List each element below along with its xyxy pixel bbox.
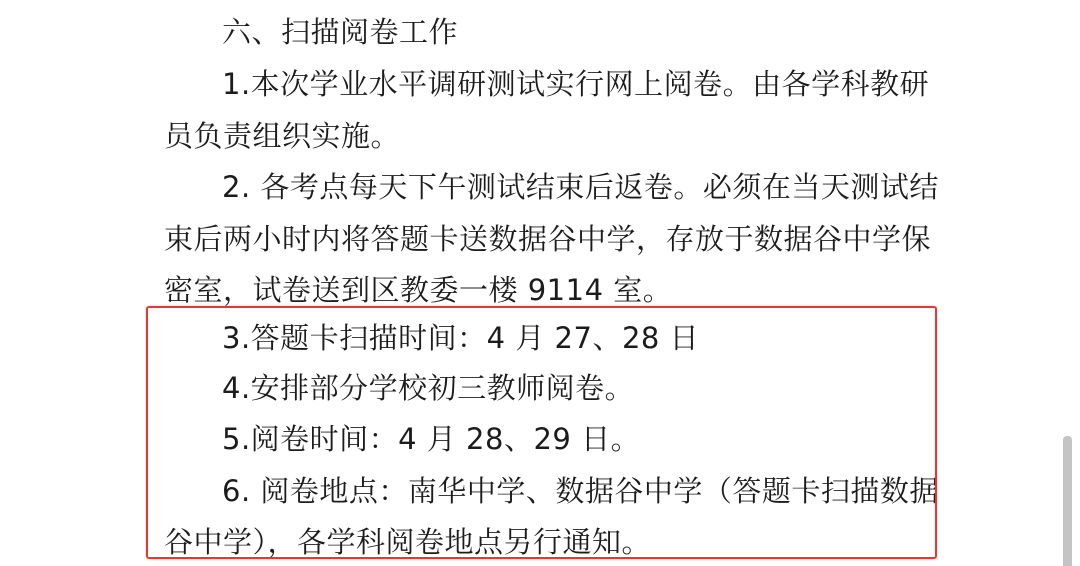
paragraph-1-line-1: 1.本次学业水平调研测试实行网上阅卷。由各学科教研 (222, 64, 929, 104)
vertical-scrollbar-thumb[interactable] (1063, 436, 1072, 566)
red-highlight-box (146, 306, 937, 559)
section-heading: 六、扫描阅卷工作 (222, 12, 458, 52)
paragraph-1-line-2: 员负责组织实施。 (164, 116, 400, 156)
paragraph-2-line-1: 2. 各考点每天下午测试结束后返卷。必须在当天测试结 (222, 167, 939, 207)
paragraph-2-line-3: 密室，试卷送到区教委一楼 9114 室。 (164, 270, 672, 310)
paragraph-2-line-2: 束后两小时内将答题卡送数据谷中学，存放于数据谷中学保 (164, 219, 931, 259)
